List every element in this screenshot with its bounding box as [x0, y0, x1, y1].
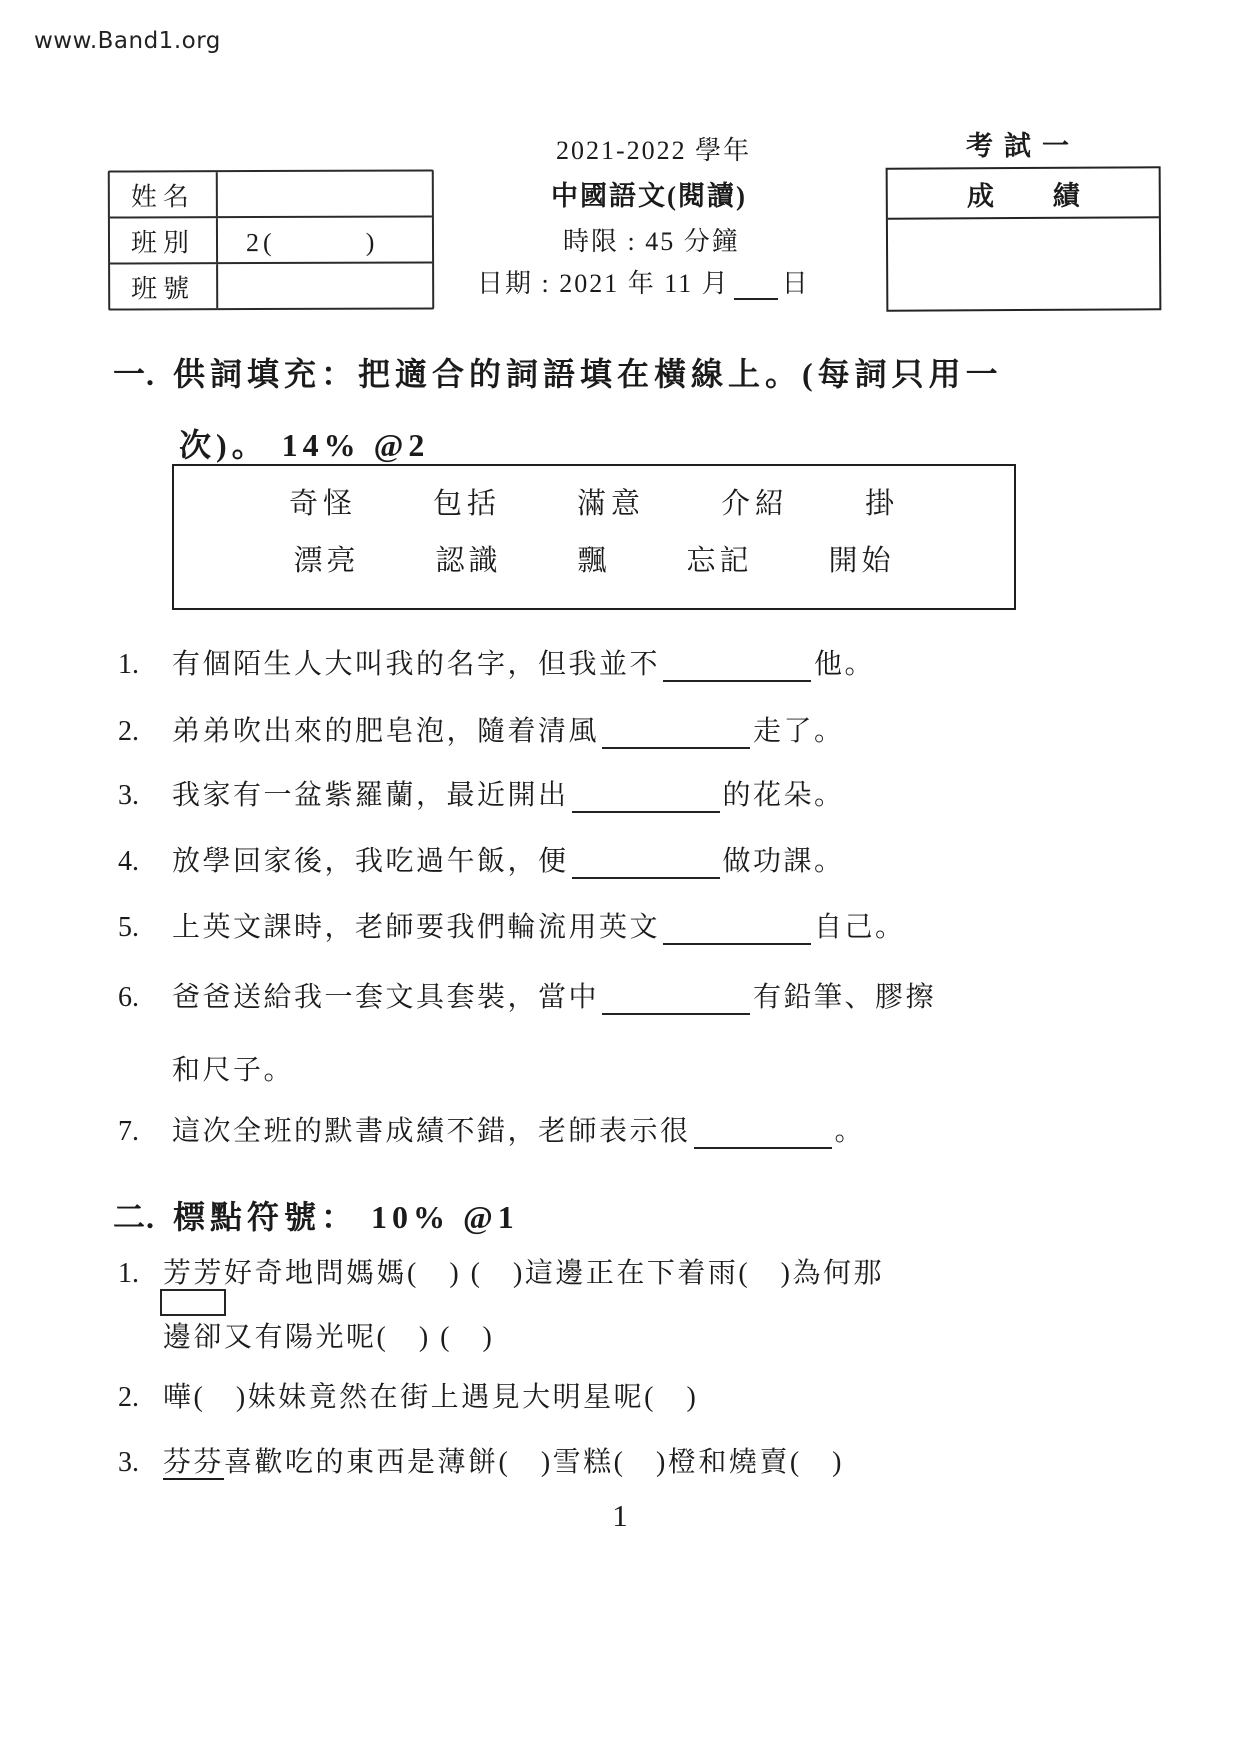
s1-item-6: 6.爸爸送給我一套文具套裝，當中有鉛筆、膠擦 [118, 975, 936, 1015]
section2-heading: 二.標點符號： 10% @1 [113, 1192, 519, 1238]
fill-blank [663, 651, 811, 682]
person-name: 芬芬 [163, 1447, 224, 1478]
s2-item-1-line2: 邊卻又有陽光呢( ) ( ) [163, 1315, 494, 1355]
date-day-blank [734, 272, 778, 300]
item-text: 上英文課時，老師要我們輪流用英文 [172, 912, 660, 943]
fill-blank [663, 914, 811, 945]
s1-item-3: 3.我家有一盆紫羅蘭，最近開出的花朵。 [118, 773, 845, 813]
class-label: 班別 [110, 218, 218, 262]
fill-blank [602, 718, 750, 749]
item-number: 3. [118, 780, 172, 812]
s1-item-2: 2.弟弟吹出來的肥皂泡，隨着清風走了。 [118, 709, 845, 749]
item-text: 好奇地問媽媽( ) ( )這邊正在下着雨( )為何那 [224, 1258, 884, 1289]
word-bank-word: 奇怪 [289, 481, 357, 522]
item-text: 做功課。 [723, 846, 845, 877]
exam-date: 日期 : 2021 年 11 月日 [477, 263, 810, 300]
word-bank-word: 掛 [865, 481, 899, 522]
date-prefix: 日期 : 2021 年 11 月 [477, 269, 730, 298]
exam-paper-page: www.Band1.org 姓名 班別 2( ) 班號 2021-2022 學年… [0, 0, 1240, 1754]
item-text: 我家有一盆紫羅蘭，最近開出 [172, 780, 569, 811]
score-empty-area [888, 218, 1159, 307]
s1-item-7: 7.這次全班的默書成績不錯，老師表示很。 [118, 1109, 865, 1149]
item-text: 弟弟吹出來的肥皂泡，隨着清風 [172, 716, 599, 747]
item-text: 爸爸送給我一套文具套裝，當中 [172, 982, 599, 1013]
s1-item-5: 5.上英文課時，老師要我們輪流用英文自己。 [118, 905, 906, 945]
fill-blank [694, 1118, 832, 1149]
table-row-class: 班別 2( ) [110, 215, 432, 262]
s2-item-2: 2.嘩( )妹妹竟然在街上遇見大明星呢( ) [118, 1375, 698, 1415]
class-value: 2( ) [218, 221, 432, 259]
item-number: 1. [118, 649, 172, 681]
proper-noun-box [160, 1289, 226, 1316]
item-text: 的花朵。 [723, 780, 845, 811]
item-text: 自己。 [814, 912, 906, 943]
section2-number: 二. [113, 1192, 173, 1238]
word-bank-row2: 漂亮 認識 飄 忘記 開始 [174, 538, 1014, 579]
word-bank-word: 滿意 [577, 481, 645, 522]
section1-number: 一. [113, 349, 173, 395]
item-text: 走了。 [753, 716, 845, 747]
item-number: 3. [118, 1447, 163, 1479]
s2-item-1: 1.芳芳好奇地問媽媽( ) ( )這邊正在下着雨( )為何那 [118, 1251, 884, 1291]
date-suffix: 日 [782, 269, 810, 298]
s1-item-1: 1.有個陌生人大叫我的名字，但我並不他。 [118, 642, 875, 682]
site-watermark: www.Band1.org [34, 28, 221, 54]
class-number-value [218, 285, 432, 286]
score-box: 成 績 [886, 166, 1162, 311]
item-text: 有個陌生人大叫我的名字，但我並不 [172, 649, 660, 680]
s2-item-3: 3.芬芬喜歡吃的東西是薄餅( )雪糕( )橙和燒賣( ) [118, 1440, 844, 1480]
item-text: 放學回家後，我吃過午飯，便 [172, 846, 569, 877]
item-number: 2. [118, 716, 172, 748]
student-info-table: 姓名 班別 2( ) 班號 [108, 169, 434, 310]
item-text: 他。 [814, 649, 875, 680]
s1-item-6-line2: 和尺子。 [172, 1048, 294, 1088]
item-number: 6. [118, 982, 172, 1014]
word-bank-box: 奇怪 包括 滿意 介紹 掛 漂亮 認識 飄 忘記 開始 [172, 464, 1016, 610]
page-number: 1 [0, 1498, 1240, 1534]
subject-title: 中國語文(閱讀) [551, 174, 747, 213]
section1-heading-line1: 一.供詞填充：把適合的詞語填在橫線上。(每詞只用一 [113, 349, 1003, 395]
word-bank-word: 開始 [829, 538, 895, 579]
exam-number-label: 考試一 [966, 124, 1080, 163]
word-bank-word: 忘記 [687, 538, 753, 579]
class-number-label: 班號 [110, 264, 218, 308]
person-name: 芳芳 [163, 1258, 224, 1289]
item-number: 4. [118, 846, 172, 878]
name-value [218, 193, 432, 194]
item-number: 1. [118, 1258, 163, 1290]
item-text: 。 [835, 1116, 866, 1147]
time-limit: 時限 : 45 分鐘 [563, 221, 740, 258]
score-label: 成 績 [888, 168, 1159, 219]
s1-item-4: 4.放學回家後，我吃過午飯，便做功課。 [118, 839, 845, 879]
item-text: 有鉛筆、膠擦 [753, 982, 936, 1013]
section1-heading-line2: 次)。 14% @2 [179, 420, 429, 466]
item-text: 嘩( )妹妹竟然在街上遇見大明星呢( ) [163, 1382, 698, 1413]
table-row-name: 姓名 [110, 171, 432, 216]
word-bank-word: 認識 [435, 538, 501, 579]
word-bank-word: 漂亮 [293, 538, 359, 579]
section1-title: 供詞填充：把適合的詞語填在橫線上。(每詞只用一 [173, 356, 1003, 392]
word-bank-word: 包括 [433, 481, 501, 522]
item-text: 這次全班的默書成績不錯，老師表示很 [172, 1116, 691, 1147]
fill-blank [602, 984, 750, 1015]
item-number: 2. [118, 1382, 163, 1414]
table-row-class-number: 班號 [110, 261, 432, 308]
item-number: 5. [118, 912, 172, 944]
item-number: 7. [118, 1116, 172, 1148]
school-year: 2021-2022 學年 [556, 130, 751, 167]
name-label: 姓名 [110, 172, 218, 216]
word-bank-row1: 奇怪 包括 滿意 介紹 掛 [174, 481, 1014, 522]
fill-blank [572, 848, 720, 879]
word-bank-word: 介紹 [721, 481, 789, 522]
word-bank-word: 飄 [577, 538, 610, 579]
section2-title: 標點符號： 10% @1 [173, 1199, 519, 1235]
fill-blank [572, 782, 720, 813]
item-text: 喜歡吃的東西是薄餅( )雪糕( )橙和燒賣( ) [224, 1447, 844, 1478]
